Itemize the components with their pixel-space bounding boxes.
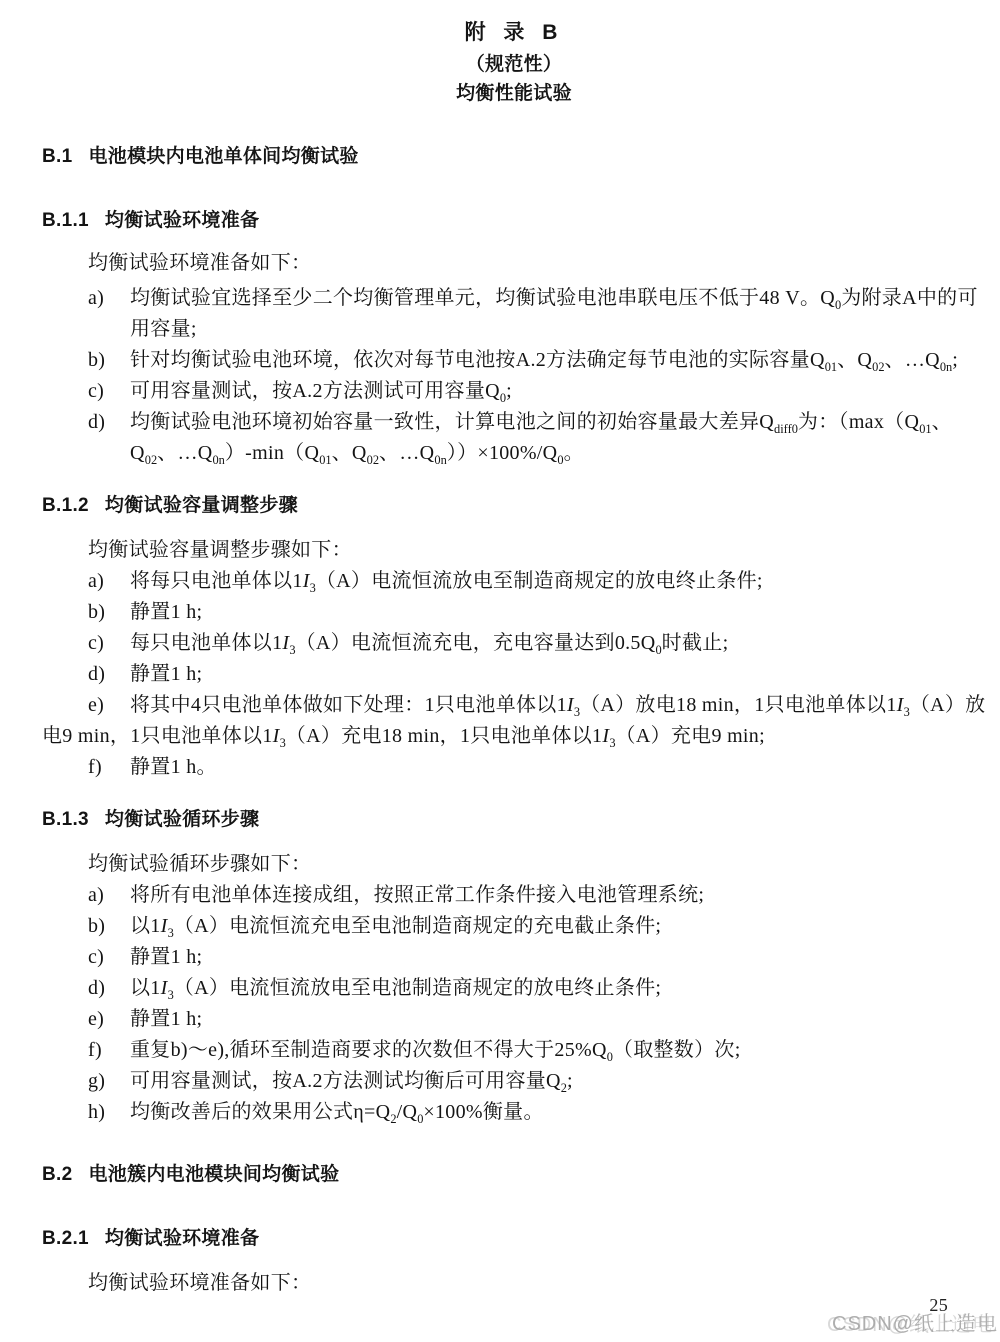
list-item-label: c) xyxy=(88,628,130,659)
section-number: B.1 xyxy=(42,146,72,167)
list-item: h)均衡改善后的效果用公式η=Q2/Q0×100%衡量。 xyxy=(42,1097,986,1128)
section-heading-b11: B.1.1均衡试验环境准备 xyxy=(42,208,986,234)
list-item: d)静置1 h; xyxy=(42,659,986,690)
list-item-text: 静置1 h; xyxy=(130,663,202,685)
list-item-label: b) xyxy=(88,597,130,628)
paragraph: 均衡试验循环步骤如下： xyxy=(88,849,986,880)
list-item-label: f) xyxy=(88,752,130,783)
list-item-text: 将其中4只电池单体做如下处理：1只电池单体以1I3（A）放电18 min，1只电… xyxy=(42,694,985,747)
list-item-text: 可用容量测试，按A.2方法测试可用容量Q0; xyxy=(130,380,512,402)
list-item-text: 均衡试验宜选择至少二个均衡管理单元，均衡试验电池串联电压不低于48 V。Q0为附… xyxy=(130,287,978,340)
section-title: 均衡试验环境准备 xyxy=(105,1228,259,1249)
list-item-label: c) xyxy=(88,942,130,973)
list-item-label: b) xyxy=(88,911,130,942)
list-item-text: 可用容量测试，按A.2方法测试均衡后可用容量Q2; xyxy=(130,1070,573,1092)
list-item: c)静置1 h; xyxy=(42,942,986,973)
document-page: 附 录 B （规范性） 均衡性能试验 B.1电池模块内电池单体间均衡试验 B.1… xyxy=(0,0,1000,1342)
paragraph: 均衡试验容量调整步骤如下： xyxy=(88,535,986,566)
list-item: b)静置1 h; xyxy=(42,597,986,628)
list-item-label: a) xyxy=(88,283,130,314)
list-item-label: f) xyxy=(88,1035,130,1066)
list-item-label: c) xyxy=(88,376,130,407)
list-item-label: e) xyxy=(88,690,130,721)
list-item: c)每只电池单体以1I3（A）电流恒流充电，充电容量达到0.5Q0时截止; xyxy=(42,628,986,659)
appendix-normative: （规范性） xyxy=(42,50,986,79)
appendix-header: 附 录 B （规范性） 均衡性能试验 xyxy=(42,16,986,108)
list-item-label: d) xyxy=(88,407,130,438)
list-item: a)均衡试验宜选择至少二个均衡管理单元，均衡试验电池串联电压不低于48 V。Q0… xyxy=(42,283,986,345)
list-item-text: 静置1 h; xyxy=(130,1008,202,1030)
list-item-text: 重复b)～e),循环至制造商要求的次数但不得大于25%Q0（取整数）次; xyxy=(130,1039,741,1061)
list-item-text: 静置1 h; xyxy=(130,946,202,968)
list-item-text: 均衡改善后的效果用公式η=Q2/Q0×100%衡量。 xyxy=(130,1101,544,1123)
list-item-text: 静置1 h; xyxy=(130,601,202,623)
list-item-label: a) xyxy=(88,880,130,911)
list-item-text: 将所有电池单体连接成组，按照正常工作条件接入电池管理系统; xyxy=(130,884,704,906)
list-item-text: 以1I3（A）电流恒流充电至电池制造商规定的充电截止条件; xyxy=(130,915,661,937)
section-title: 均衡试验容量调整步骤 xyxy=(105,495,298,516)
list-item: e)静置1 h; xyxy=(42,1004,986,1035)
section-heading-b1: B.1电池模块内电池单体间均衡试验 xyxy=(42,144,986,170)
list-item: c)可用容量测试，按A.2方法测试可用容量Q0; xyxy=(42,376,986,407)
list-item-label: d) xyxy=(88,973,130,1004)
list-item: d)以1I3（A）电流恒流放电至电池制造商规定的放电终止条件; xyxy=(42,973,986,1004)
section-title: 电池簇内电池模块间均衡试验 xyxy=(88,1164,339,1185)
section-number: B.2 xyxy=(42,1164,72,1185)
list-item-text: 将每只电池单体以1I3（A）电流恒流放电至制造商规定的放电终止条件; xyxy=(130,570,763,592)
list-item-text: 均衡试验电池环境初始容量一致性，计算电池之间的初始容量最大差异Qdiff0为：（… xyxy=(130,411,952,464)
section-heading-b2: B.2电池簇内电池模块间均衡试验 xyxy=(42,1162,986,1188)
list-item-label: d) xyxy=(88,659,130,690)
paragraph: 均衡试验环境准备如下： xyxy=(88,1268,986,1299)
list-item-label: b) xyxy=(88,345,130,376)
list-item-text: 针对均衡试验电池环境，依次对每节电池按A.2方法确定每节电池的实际容量Q01、Q… xyxy=(130,349,958,371)
section-number: B.1.2 xyxy=(42,495,89,516)
list-item: e)将其中4只电池单体做如下处理：1只电池单体以1I3（A）放电18 min，1… xyxy=(42,690,986,752)
appendix-label: 附 录 B xyxy=(42,16,986,50)
list-item-text: 每只电池单体以1I3（A）电流恒流充电，充电容量达到0.5Q0时截止; xyxy=(130,632,728,654)
list-item-label: e) xyxy=(88,1004,130,1035)
section-heading-b13: B.1.3均衡试验循环步骤 xyxy=(42,807,986,833)
list-item-label: h) xyxy=(88,1097,130,1128)
list-item: a)将所有电池单体连接成组，按照正常工作条件接入电池管理系统; xyxy=(42,880,986,911)
list-item-text: 静置1 h。 xyxy=(130,756,217,778)
list-item: b)针对均衡试验电池环境，依次对每节电池按A.2方法确定每节电池的实际容量Q01… xyxy=(42,345,986,376)
list-item: d)均衡试验电池环境初始容量一致性，计算电池之间的初始容量最大差异Qdiff0为… xyxy=(42,407,986,469)
section-heading-b21: B.2.1均衡试验环境准备 xyxy=(42,1226,986,1252)
section-title: 均衡试验循环步骤 xyxy=(105,809,259,830)
section-title: 电池模块内电池单体间均衡试验 xyxy=(88,146,358,167)
paragraph: 均衡试验环境准备如下： xyxy=(88,248,986,279)
list-item: a)将每只电池单体以1I3（A）电流恒流放电至制造商规定的放电终止条件; xyxy=(42,566,986,597)
list-item: f)静置1 h。 xyxy=(42,752,986,783)
appendix-title: 均衡性能试验 xyxy=(42,79,986,108)
list-item-label: a) xyxy=(88,566,130,597)
list-item-text: 以1I3（A）电流恒流放电至电池制造商规定的放电终止条件; xyxy=(130,977,661,999)
section-heading-b12: B.1.2均衡试验容量调整步骤 xyxy=(42,493,986,519)
list-item: g)可用容量测试，按A.2方法测试均衡后可用容量Q2; xyxy=(42,1066,986,1097)
list-item-label: g) xyxy=(88,1066,130,1097)
list-item: f)重复b)～e),循环至制造商要求的次数但不得大于25%Q0（取整数）次; xyxy=(42,1035,986,1066)
section-number: B.1.3 xyxy=(42,809,89,830)
list-item: b)以1I3（A）电流恒流充电至电池制造商规定的充电截止条件; xyxy=(42,911,986,942)
section-number: B.1.1 xyxy=(42,210,89,231)
watermark: CSDN@纸上造电 xyxy=(832,1307,998,1336)
section-title: 均衡试验环境准备 xyxy=(105,210,259,231)
section-number: B.2.1 xyxy=(42,1228,89,1249)
